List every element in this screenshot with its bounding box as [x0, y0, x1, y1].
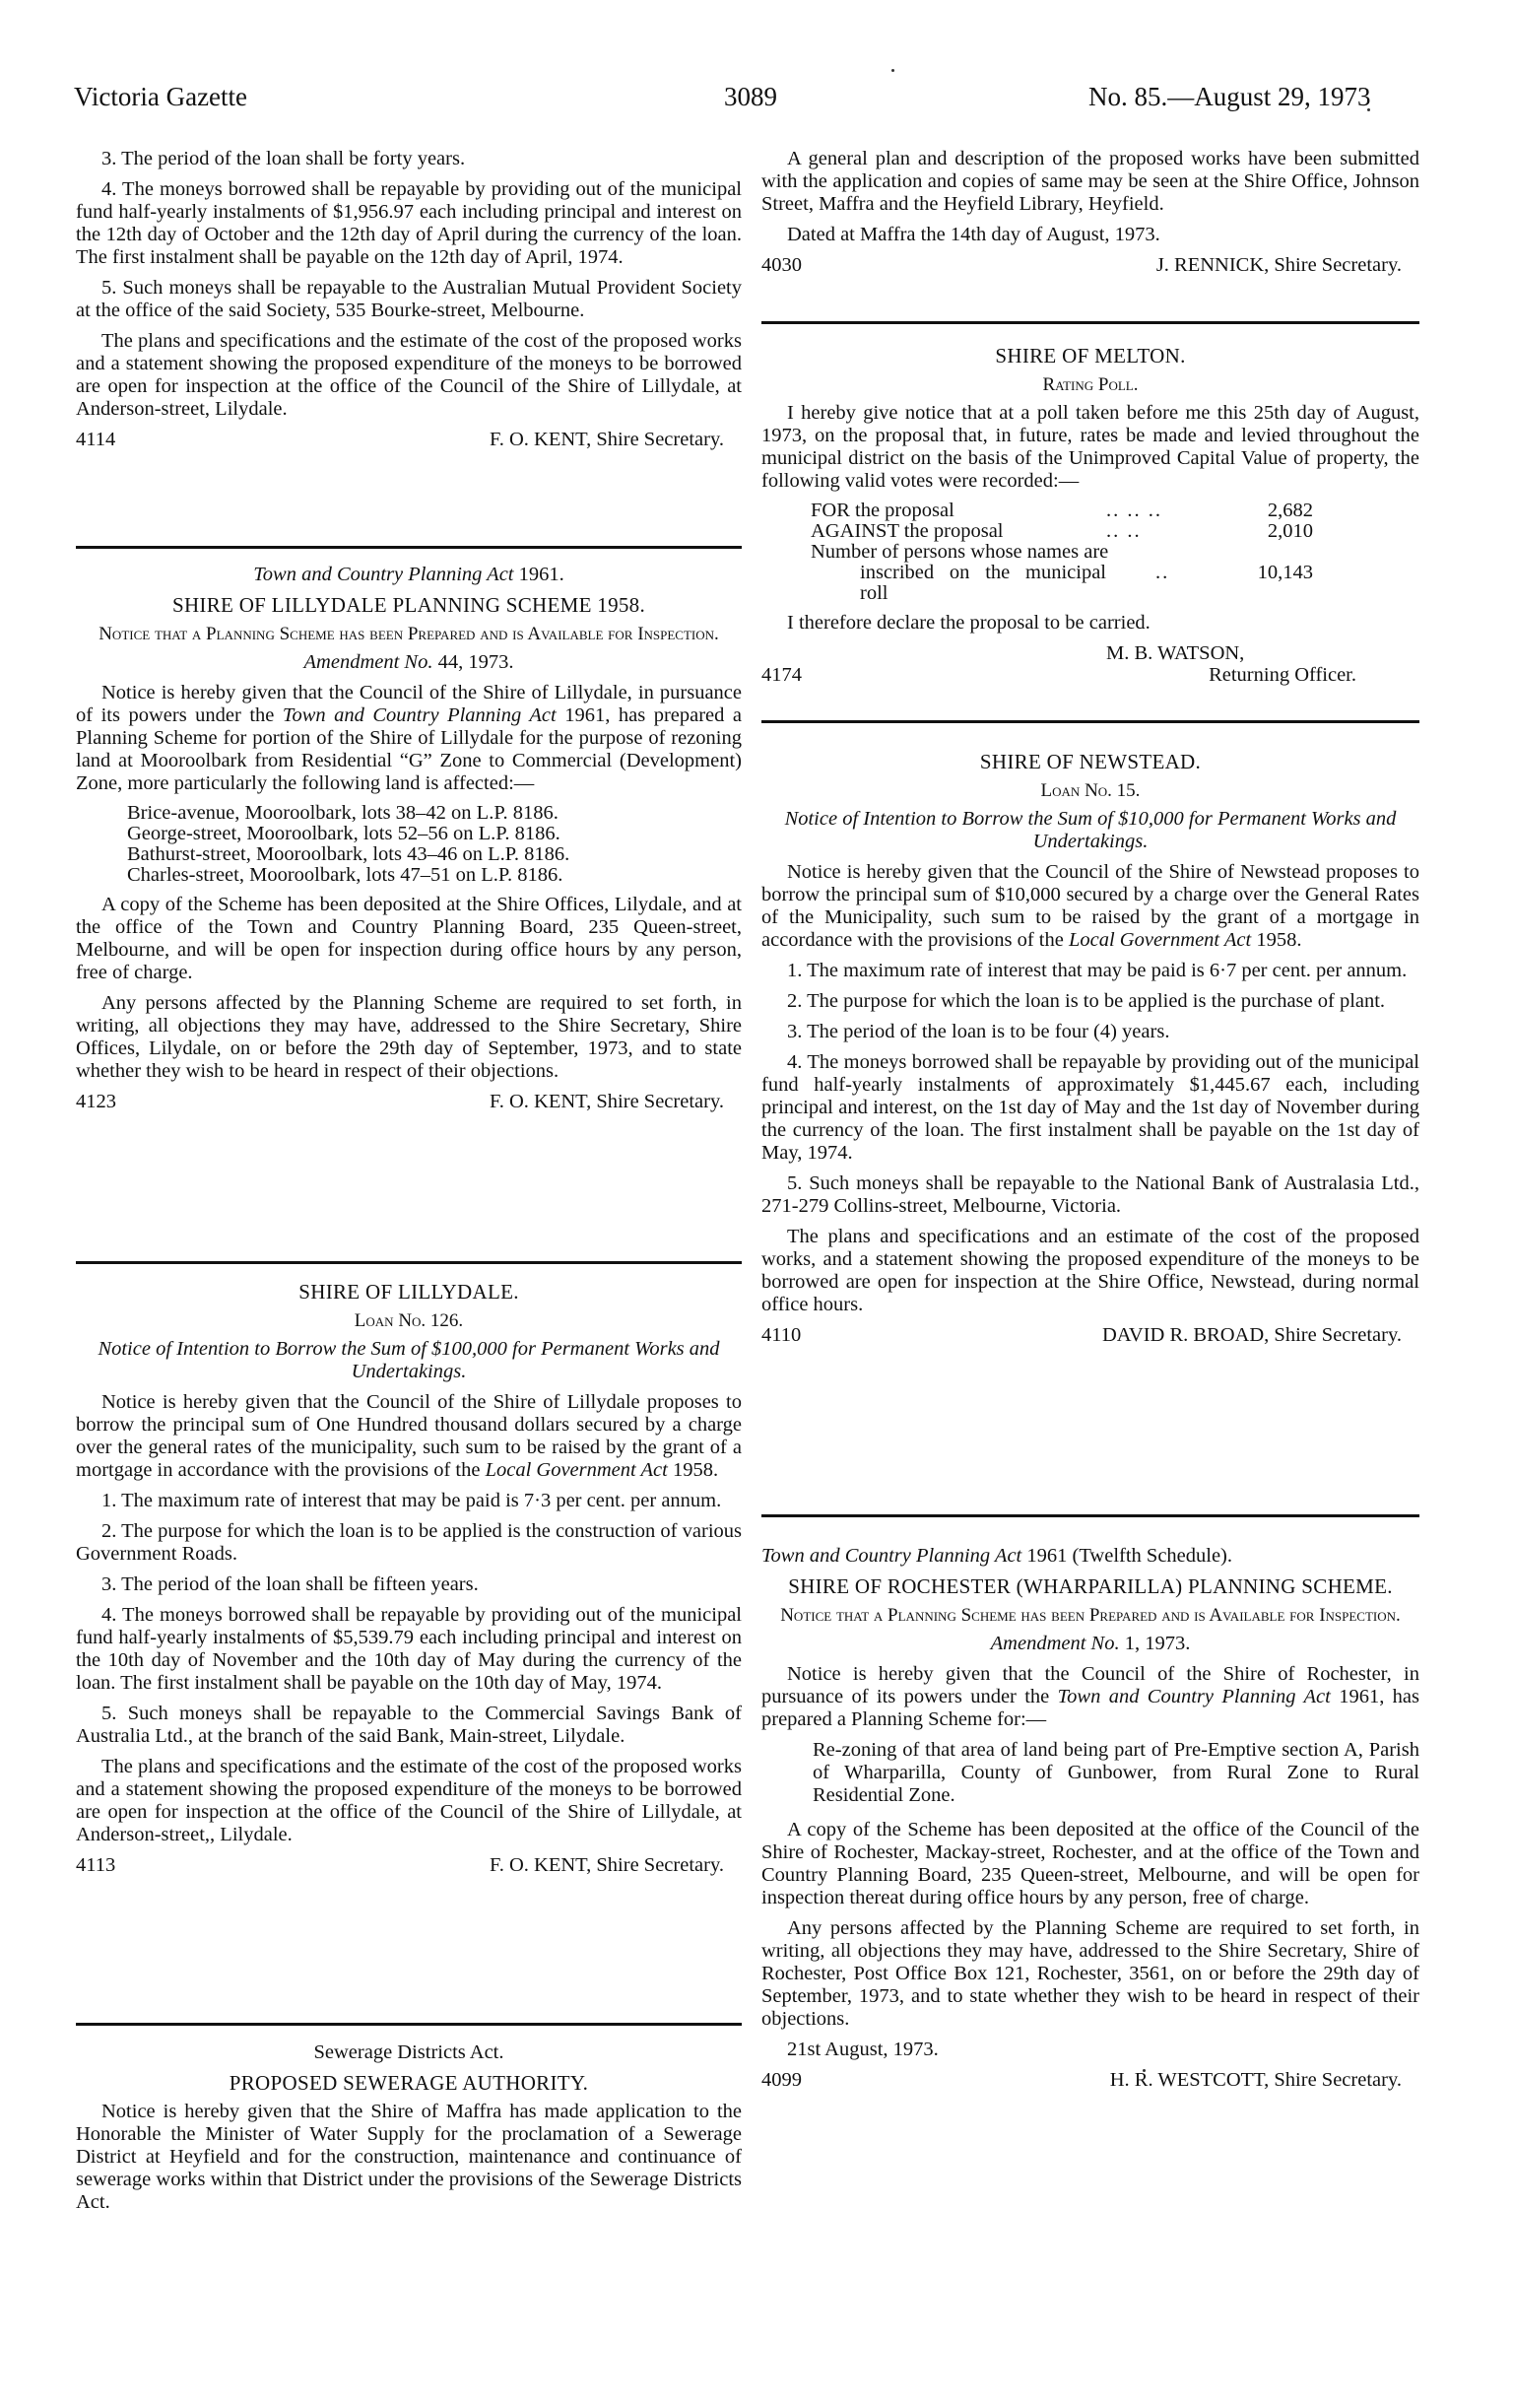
vote-label: AGAINST the proposal [811, 521, 1106, 542]
clause-4: 4. The moneys borrowed shall be repayabl… [761, 1051, 1419, 1165]
vote-row-for: FOR the proposal .. .. .. 2,682 [811, 501, 1419, 521]
act-schedule: 1961 (Twelfth Schedule). [1021, 1545, 1232, 1567]
notice-heading: Notice that a Planning Scheme has been P… [761, 1604, 1419, 1627]
notice-ref: 4030 [761, 254, 802, 277]
dated-line: 21st August, 1973. [761, 2039, 1419, 2061]
land-item: George-street, Mooroolbark, lots 52–56 o… [127, 824, 742, 844]
loan-number: Loan No. 126. [76, 1309, 742, 1332]
intro-text: 1958. [668, 1459, 718, 1481]
officer-title: Returning Officer. [1209, 664, 1419, 687]
notice-ref: 4174 [761, 664, 802, 687]
land-item: Brice-avenue, Mooroolbark, lots 38–42 on… [127, 803, 742, 824]
notice-title: SHIRE OF MELTON. [761, 345, 1419, 368]
body-para: A general plan and description of the pr… [761, 148, 1419, 216]
notice-ref: 4123 [76, 1091, 116, 1113]
right-column: A general plan and description of the pr… [761, 0, 1419, 2408]
amendment-no: Amendment No. 1, 1973. [761, 1633, 1419, 1655]
roll-label: inscribed on the municipal roll [811, 563, 1106, 604]
notice-title: SHIRE OF ROCHESTER (WHARPARILLA) PLANNIN… [761, 1575, 1419, 1598]
notice-ref: 4110 [761, 1324, 801, 1347]
clause-5: 5. Such moneys shall be repayable to the… [76, 1703, 742, 1748]
vote-row-against: AGAINST the proposal .. .. 2,010 [811, 521, 1419, 542]
signatory: F. O. KENT, Shire Secretary. [490, 1854, 742, 1877]
amendment-label: Amendment No. [991, 1633, 1120, 1654]
signature-line: 4099 H. R. WESTCOTT, Shire Secretary. [761, 2069, 1419, 2092]
amendment-value: 44, 1973. [432, 651, 513, 673]
intro-para: Notice is hereby given that the Council … [76, 1391, 742, 1482]
amendment-label: Amendment No. [304, 651, 433, 673]
notice-subtitle: Rating Poll. [761, 373, 1419, 396]
melton-rating-poll: SHIRE OF MELTON. Rating Poll. I hereby g… [761, 345, 1419, 687]
signature-line: 4030 J. RENNICK, Shire Secretary. [761, 254, 1419, 277]
notice-title: SHIRE OF LILLYDALE. [76, 1281, 742, 1304]
dated-line: Dated at Maffra the 14th day of August, … [761, 224, 1419, 246]
lillydale-planning-notice: Town and Country Planning Act 1961. SHIR… [76, 564, 742, 1113]
sewerage-notice-continued: A general plan and description of the pr… [761, 148, 1419, 277]
roll-label: Number of persons whose names are [811, 542, 1205, 563]
left-column: 3. The period of the loan shall be forty… [76, 0, 742, 2408]
signatory: DAVID R. BROAD, Shire Secretary. [1102, 1324, 1419, 1347]
land-item: Bathurst-street, Mooroolbark, lots 43–46… [127, 844, 742, 865]
scan-speck [1143, 2069, 1146, 2072]
act-name: Town and Country Planning Act [1058, 1686, 1331, 1707]
clause-1: 1. The maximum rate of interest that may… [761, 960, 1419, 982]
signature-line: 4123 F. O. KENT, Shire Secretary. [76, 1091, 742, 1113]
notice-heading: Notice that a Planning Scheme has been P… [76, 623, 742, 645]
act-name: Local Government Act [1069, 929, 1251, 951]
plans-para: The plans and specifications and the est… [76, 1756, 742, 1846]
declaration: I therefore declare the proposal to be c… [761, 612, 1419, 635]
plans-para: The plans and specifications and the est… [76, 330, 742, 421]
copy-para: A copy of the Scheme has been deposited … [76, 894, 742, 984]
act-name: Local Government Act [486, 1459, 668, 1481]
signatory: F. O. KENT, Shire Secretary. [490, 1091, 742, 1113]
act-reference: Sewerage Districts Act. [76, 2041, 742, 2064]
clause-5: 5. Such moneys shall be repayable to the… [76, 277, 742, 322]
act-reference: Town and Country Planning Act 1961. [76, 564, 742, 586]
clause-4: 4. The moneys borrowed shall be repayabl… [76, 1604, 742, 1695]
rezoning-description: Re-zoning of that area of land being par… [813, 1739, 1419, 1807]
notice-subtitle: Notice of Intention to Borrow the Sum of… [76, 1338, 742, 1383]
vote-value: 2,010 [1205, 521, 1313, 542]
intro-para: Notice is hereby given that the Council … [76, 682, 742, 795]
section-divider [76, 2023, 742, 2026]
notice-ref: 4114 [76, 429, 115, 451]
clause-3: 3. The period of the loan shall be forty… [76, 148, 742, 170]
clause-2: 2. The purpose for which the loan is to … [76, 1520, 742, 1566]
scan-speck [1367, 108, 1370, 111]
act-name: Town and Country Planning Act [283, 704, 557, 726]
notice-title: SHIRE OF LILLYDALE PLANNING SCHEME 1958. [76, 594, 742, 617]
notice-subtitle: Notice of Intention to Borrow the Sum of… [761, 808, 1419, 853]
section-divider [76, 1261, 742, 1264]
roll-value: 10,143 [1205, 563, 1313, 604]
clause-3: 3. The period of the loan shall be fifte… [76, 1573, 742, 1596]
section-divider [761, 720, 1419, 723]
scan-speck [891, 69, 894, 72]
lillydale-loan-notice: SHIRE OF LILLYDALE. Loan No. 126. Notice… [76, 1281, 742, 1877]
rochester-planning-notice: Town and Country Planning Act 1961 (Twel… [761, 1545, 1419, 2092]
section-divider [761, 321, 1419, 324]
section-divider [76, 546, 742, 549]
body-para: I hereby give notice that at a poll take… [761, 402, 1419, 493]
act-name: Town and Country Planning Act [253, 564, 513, 585]
vote-value: 2,682 [1205, 501, 1313, 521]
clause-4: 4. The moneys borrowed shall be repayabl… [76, 178, 742, 269]
notice-title: PROPOSED SEWERAGE AUTHORITY. [76, 2072, 742, 2095]
clause-3: 3. The period of the loan is to be four … [761, 1021, 1419, 1043]
signature-line: 4174 Returning Officer. [761, 664, 1419, 687]
clause-2: 2. The purpose for which the loan is to … [761, 990, 1419, 1013]
copy-para: A copy of the Scheme has been deposited … [761, 1819, 1419, 1909]
amp-loan-continuation: 3. The period of the loan shall be forty… [76, 148, 742, 451]
affected-land-list: Brice-avenue, Mooroolbark, lots 38–42 on… [127, 803, 742, 886]
act-reference: Town and Country Planning Act 1961 (Twel… [761, 1545, 1419, 1568]
roll-row: Number of persons whose names are [811, 542, 1419, 563]
vote-label: FOR the proposal [811, 501, 1106, 521]
objection-para: Any persons affected by the Planning Sch… [761, 1917, 1419, 2031]
signature-line: 4114 F. O. KENT, Shire Secretary. [76, 429, 742, 451]
signatory: F. O. KENT, Shire Secretary. [490, 429, 742, 451]
act-name: Town and Country Planning Act [761, 1545, 1021, 1567]
clause-5: 5. Such moneys shall be repayable to the… [761, 1172, 1419, 1218]
intro-para: Notice is hereby given that the Council … [761, 861, 1419, 952]
plans-para: The plans and specifications and an esti… [761, 1226, 1419, 1316]
loan-number: Loan No. 15. [761, 779, 1419, 802]
intro-para: Notice is hereby given that the Council … [761, 1663, 1419, 1731]
leader-dots: .. [1106, 563, 1205, 604]
signatory: J. RENNICK, Shire Secretary. [1156, 254, 1419, 277]
signatory: H. R. WESTCOTT, Shire Secretary. [1110, 2069, 1419, 2092]
signature-line: 4113 F. O. KENT, Shire Secretary. [76, 1854, 742, 1877]
notice-title: SHIRE OF NEWSTEAD. [761, 751, 1419, 773]
officer-name: M. B. WATSON, [1106, 642, 1419, 664]
amendment-no: Amendment No. 44, 1973. [76, 651, 742, 674]
leader-dots: .. .. [1106, 521, 1205, 542]
vote-table: FOR the proposal .. .. .. 2,682 AGAINST … [811, 501, 1419, 604]
objection-para: Any persons affected by the Planning Sch… [76, 992, 742, 1083]
notice-ref: 4113 [76, 1854, 115, 1877]
signature-line: 4110 DAVID R. BROAD, Shire Secretary. [761, 1324, 1419, 1347]
section-divider [761, 1514, 1419, 1517]
newstead-loan-notice: SHIRE OF NEWSTEAD. Loan No. 15. Notice o… [761, 751, 1419, 1347]
clause-1: 1. The maximum rate of interest that may… [76, 1490, 742, 1512]
roll-row: inscribed on the municipal roll .. 10,14… [811, 563, 1419, 604]
amendment-value: 1, 1973. [1120, 1633, 1191, 1654]
notice-ref: 4099 [761, 2069, 802, 2092]
sewerage-notice: Sewerage Districts Act. PROPOSED SEWERAG… [76, 2041, 742, 2222]
body-para: Notice is hereby given that the Shire of… [76, 2101, 742, 2214]
leader-dots: .. .. .. [1106, 501, 1205, 521]
land-item: Charles-street, Mooroolbark, lots 47–51 … [127, 865, 742, 886]
intro-text: 1958. [1251, 929, 1301, 951]
act-year: 1961. [514, 564, 564, 585]
